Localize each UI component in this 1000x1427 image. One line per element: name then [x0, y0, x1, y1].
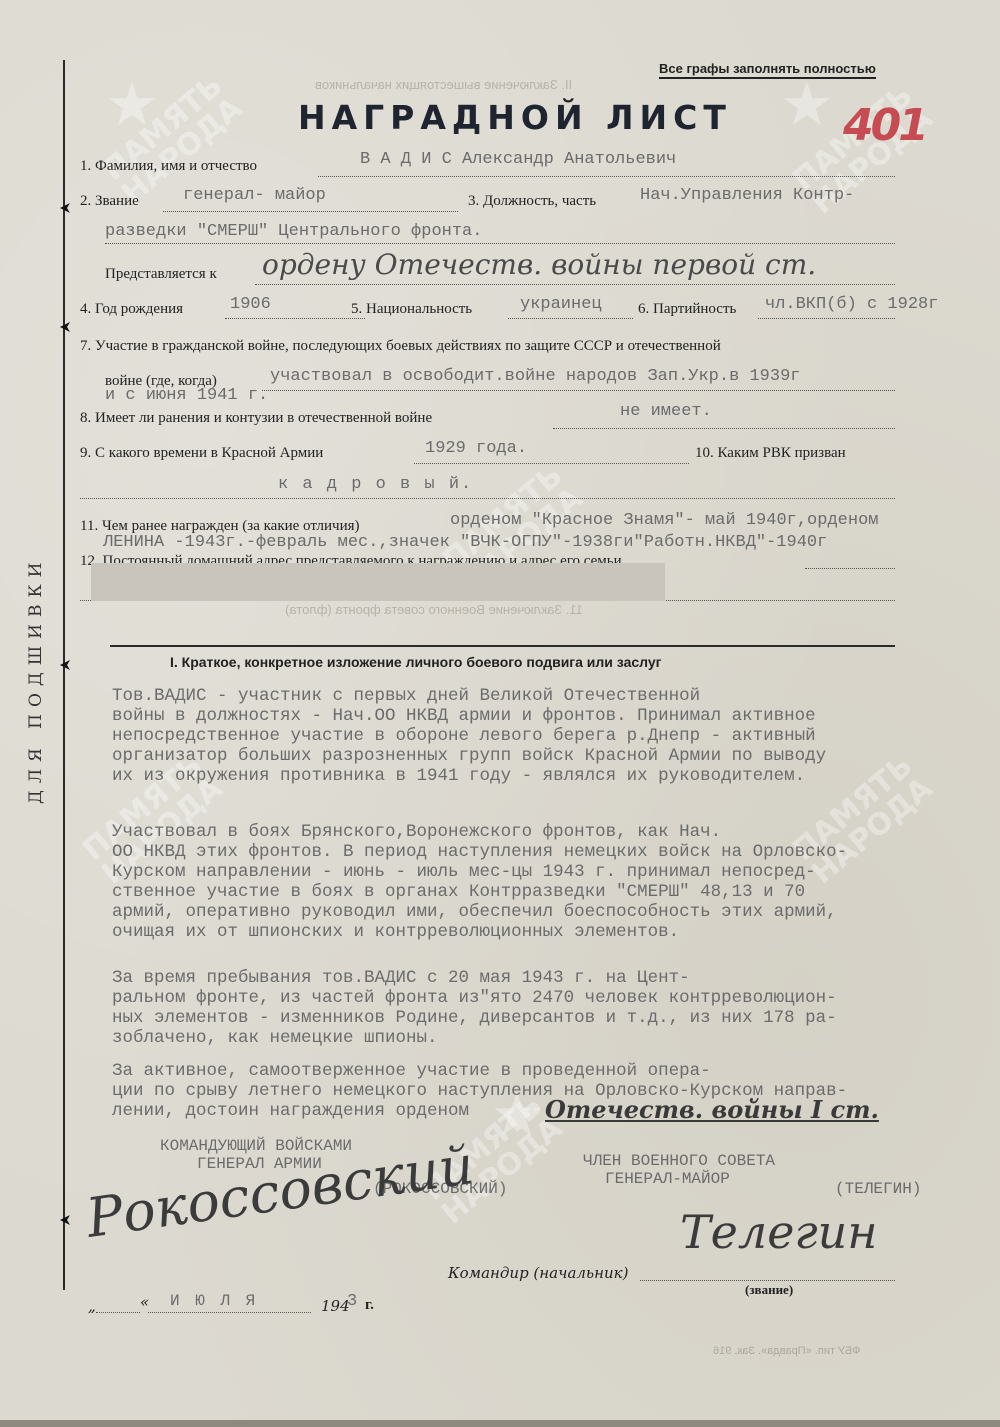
field-6-label: 6. Партийность — [638, 301, 736, 318]
bleed-through-text: 11. Заключение Военного совета фронта (ф… — [285, 602, 583, 617]
punch-hole — [60, 1215, 70, 1225]
field-4-label: 4. Год рождения — [80, 301, 183, 318]
punch-hole — [60, 203, 70, 213]
commander-label: Командир (начальник) — [448, 1264, 628, 1282]
field-7-label: 7. Участие в гражданской войне, последую… — [80, 338, 721, 355]
bleed-through-text: II. Заключение вышестоящих начальников — [315, 77, 572, 92]
date-year-unit: г. — [365, 1297, 374, 1314]
war-participation-value: участвовал в освободит.войне народов Зап… — [270, 367, 801, 386]
field-10-label: 10. Каким РВК призван — [695, 445, 846, 462]
merit-paragraph-2: Участвовал в боях Брянского,Воронежского… — [112, 822, 972, 942]
printer-info: ФБУ тип. «Правда». Зак. 916 — [713, 1345, 860, 1357]
punch-hole — [60, 322, 70, 332]
birth-year-value: 1906 — [230, 295, 271, 314]
date-year-prefix: 194 — [321, 1297, 350, 1315]
conscription-value: к а д р о в ы й. — [278, 475, 473, 494]
section-heading: I. Краткое, конкретное изложение личного… — [170, 654, 661, 670]
binding-margin-line — [63, 60, 65, 1290]
full-name-value: В А Д И С Александр Анатольевич — [360, 150, 676, 169]
army-since-value: 1929 года. — [425, 439, 527, 458]
council-title: ЧЛЕН ВОЕННОГО СОВЕТА — [583, 1152, 775, 1170]
merit-paragraph-3: За время пребывания тов.ВАДИС с 20 мая 1… — [112, 968, 972, 1048]
date-month: И Ю Л Я — [170, 1292, 258, 1310]
nominated-award-handwritten: ордену Отечеств. войны первой ст. — [262, 248, 816, 281]
redacted-address-block — [91, 563, 665, 601]
council-rank: ГЕНЕРАЛ-МАЙОР — [605, 1170, 730, 1188]
war-participation-value-cont: и с июня 1941 г. — [105, 386, 268, 405]
nationality-value: украинец — [520, 295, 602, 314]
field-5-label: 5. Национальность — [351, 301, 472, 318]
award-sheet-page: ★ ★ ★ ПАМЯТЬНАРОДА ПАМЯТЬНАРОДА ПАМЯТЬНА… — [0, 0, 1000, 1420]
binding-label: ДЛЯ ПОДШИВКИ — [26, 520, 56, 840]
field-1-label: 1. Фамилия, имя и отчество — [80, 158, 257, 175]
date-year-suffix: 3 — [347, 1292, 357, 1311]
field-2-label: 2. Звание — [80, 193, 139, 210]
wounds-value: не имеет. — [620, 402, 712, 421]
council-signature: Телегин — [680, 1205, 878, 1259]
field-8-label: 8. Имеет ли ранения и контузии в отечест… — [80, 410, 432, 427]
previous-awards-value: орденом "Красное Знамя"- май 1940г,орден… — [450, 511, 878, 530]
merit-paragraph-1: Тов.ВАДИС - участник с первых дней Велик… — [112, 686, 972, 786]
award-handwritten: Отечеств. войны I ст. — [545, 1095, 879, 1124]
date-quote-open: „ — [88, 1297, 96, 1315]
field-9-label: 9. С какого времени в Красной Армии — [80, 445, 323, 462]
rank-value: генерал- майор — [183, 186, 326, 205]
commander-title: КОМАНДУЮЩИЙ ВОЙСКАМИ — [160, 1137, 352, 1155]
field-3-label: 3. Должность, часть — [468, 193, 596, 210]
council-name: (ТЕЛЕГИН) — [835, 1180, 921, 1198]
previous-awards-value-cont: ЛЕНИНА -1943г.-февраль мес.,значек "ВЧК-… — [103, 533, 827, 552]
position-value: Нач.Управления Контр- — [640, 186, 854, 205]
fill-instruction: Все графы заполнять полностью — [659, 61, 876, 79]
party-value: чл.ВКП(б) с 1928г — [765, 295, 938, 314]
punch-hole — [60, 660, 70, 670]
record-number: 401 — [843, 100, 926, 151]
rank-caption: (звание) — [745, 1282, 793, 1298]
star-icon: ★ — [780, 70, 834, 140]
section-divider — [110, 645, 895, 647]
position-value-cont: разведки "СМЕРШ" Центрального фронта. — [105, 222, 482, 241]
document-title: НАГРАДНОЙ ЛИСТ — [298, 98, 732, 137]
nominated-label: Представляется к — [105, 266, 217, 283]
